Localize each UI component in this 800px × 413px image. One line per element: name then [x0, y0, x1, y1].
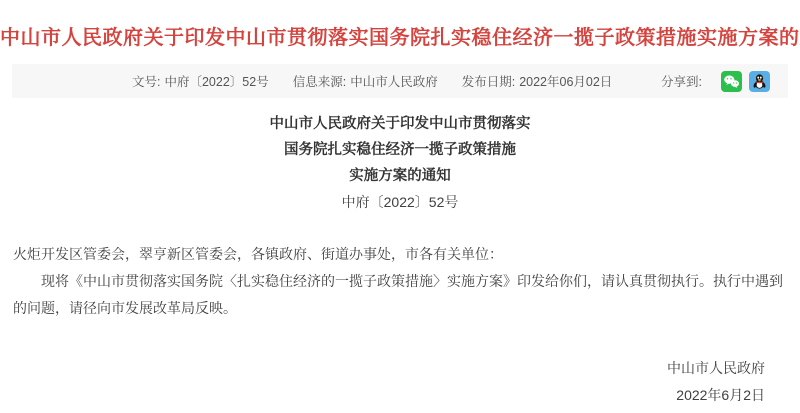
- signature-block: 中山市人民政府 2022年6月2日: [13, 355, 787, 409]
- signature-date: 2022年6月2日: [13, 382, 765, 409]
- signature-name: 中山市人民政府: [13, 355, 765, 382]
- source-field: 信息来源: 中山市人民政府: [293, 72, 438, 90]
- doc-number-field: 文号: 中府〔2022〕52号: [132, 72, 269, 90]
- notice-paragraph: 现将《中山市贯彻落实国务院〈扎实稳住经济的一揽子政策措施〉实施方案》印发给你们，…: [13, 268, 787, 322]
- publish-date-label: 发布日期:: [462, 72, 515, 90]
- qq-icon[interactable]: [749, 71, 770, 92]
- publish-date-field: 发布日期: 2022年06月02日: [462, 72, 613, 90]
- salutation: 火炬开发区管委会，翠亨新区管委会，各镇政府、街道办事处，市各有关单位：: [13, 241, 787, 268]
- share-group: 分享到:: [661, 71, 770, 92]
- document-title-line-1: 中山市人民政府关于印发中山市贯彻落实: [13, 111, 787, 137]
- doc-number-label: 文号:: [132, 72, 160, 90]
- document-title-line-3: 实施方案的通知: [13, 163, 787, 189]
- meta-bar: 文号: 中府〔2022〕52号 信息来源: 中山市人民政府 发布日期: 2022…: [12, 64, 788, 98]
- source-label: 信息来源:: [293, 72, 346, 90]
- wechat-icon[interactable]: [721, 71, 742, 92]
- document-title: 中山市人民政府关于印发中山市贯彻落实 国务院扎实稳住经济一揽子政策措施 实施方案…: [13, 111, 787, 215]
- article-body: 中山市人民政府关于印发中山市贯彻落实 国务院扎实稳住经济一揽子政策措施 实施方案…: [0, 111, 800, 409]
- notice-page: 中山市人民政府关于印发中山市贯彻落实国务院扎实稳住经济一揽子政策措施实施方案的通…: [0, 0, 800, 413]
- document-title-line-2: 国务院扎实稳住经济一揽子政策措施: [13, 137, 787, 163]
- document-number: 中府〔2022〕52号: [13, 189, 787, 215]
- source-value: 中山市人民政府: [350, 72, 438, 90]
- doc-number-value: 中府〔2022〕52号: [164, 72, 268, 90]
- publish-date-value: 2022年06月02日: [519, 72, 612, 90]
- page-title: 中山市人民政府关于印发中山市贯彻落实国务院扎实稳住经济一揽子政策措施实施方案的通…: [0, 0, 800, 50]
- share-label: 分享到:: [661, 72, 702, 90]
